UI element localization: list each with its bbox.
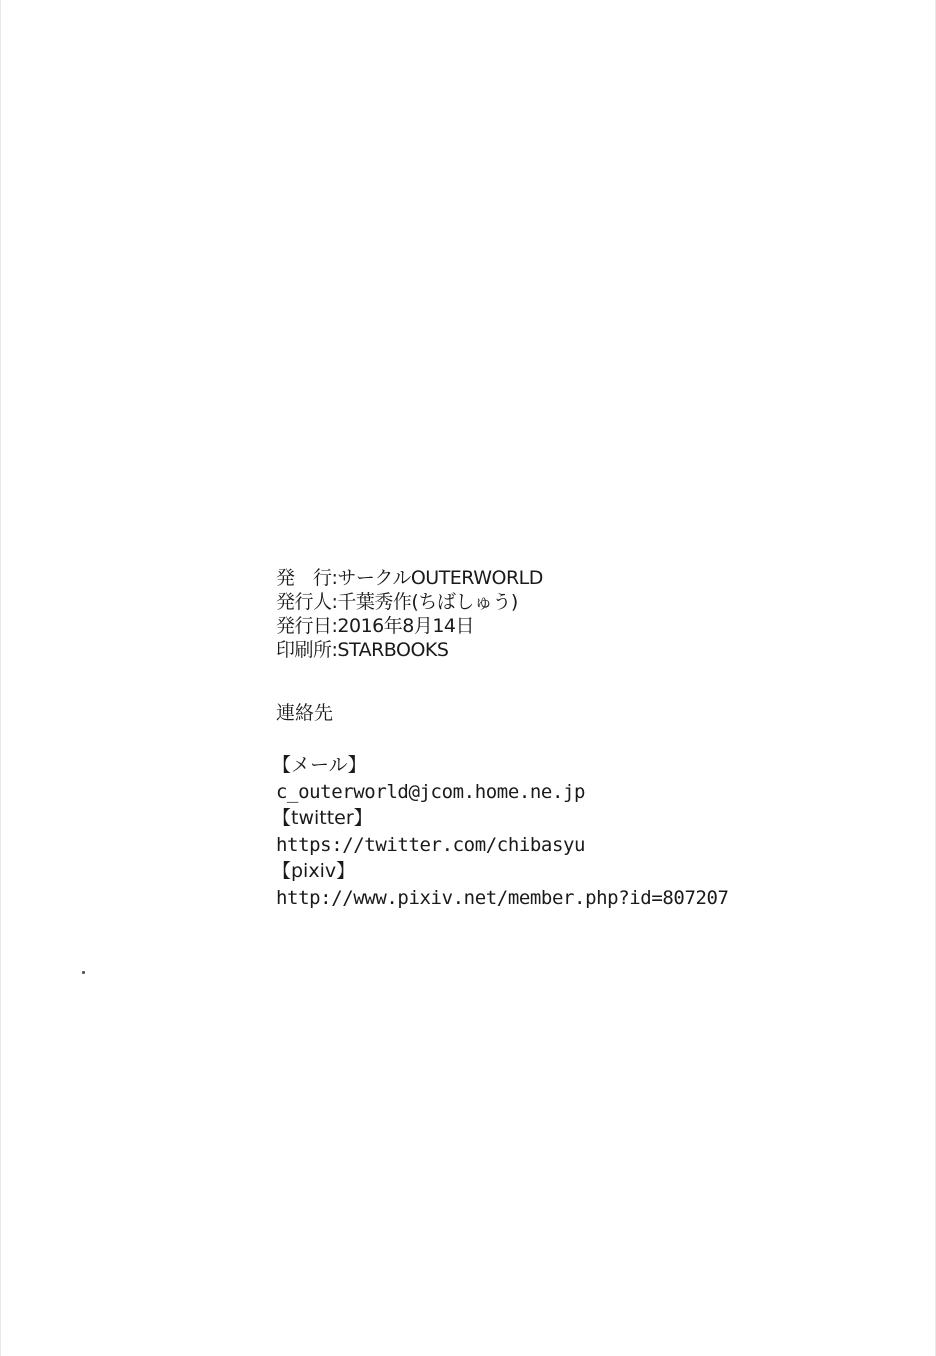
publisher-line: 発 行:サークルOUTERWORLD: [276, 566, 543, 590]
colophon-block: 発 行:サークルOUTERWORLD 発行人:千葉秀作(ちばしゅう) 発行日:2…: [276, 566, 543, 662]
pixiv-url: http://www.pixiv.net/member.php?id=80720…: [272, 885, 729, 912]
email-label: 【メール】: [272, 752, 729, 779]
pixiv-label: 【pixiv】: [272, 858, 729, 885]
printer-line: 印刷所:STARBOOKS: [276, 638, 543, 662]
twitter-url: https://twitter.com/chibasyu: [272, 832, 729, 859]
page-edge: [0, 0, 936, 1356]
print-speck: [82, 971, 85, 974]
contact-heading: 連絡先: [276, 701, 333, 725]
email-address: c_outerworld@jcom.home.ne.jp: [272, 779, 729, 806]
twitter-label: 【twitter】: [272, 805, 729, 832]
publish-date-line: 発行日:2016年8月14日: [276, 614, 543, 638]
author-line: 発行人:千葉秀作(ちばしゅう): [276, 590, 543, 614]
contact-list: 【メール】 c_outerworld@jcom.home.ne.jp 【twit…: [272, 752, 729, 911]
